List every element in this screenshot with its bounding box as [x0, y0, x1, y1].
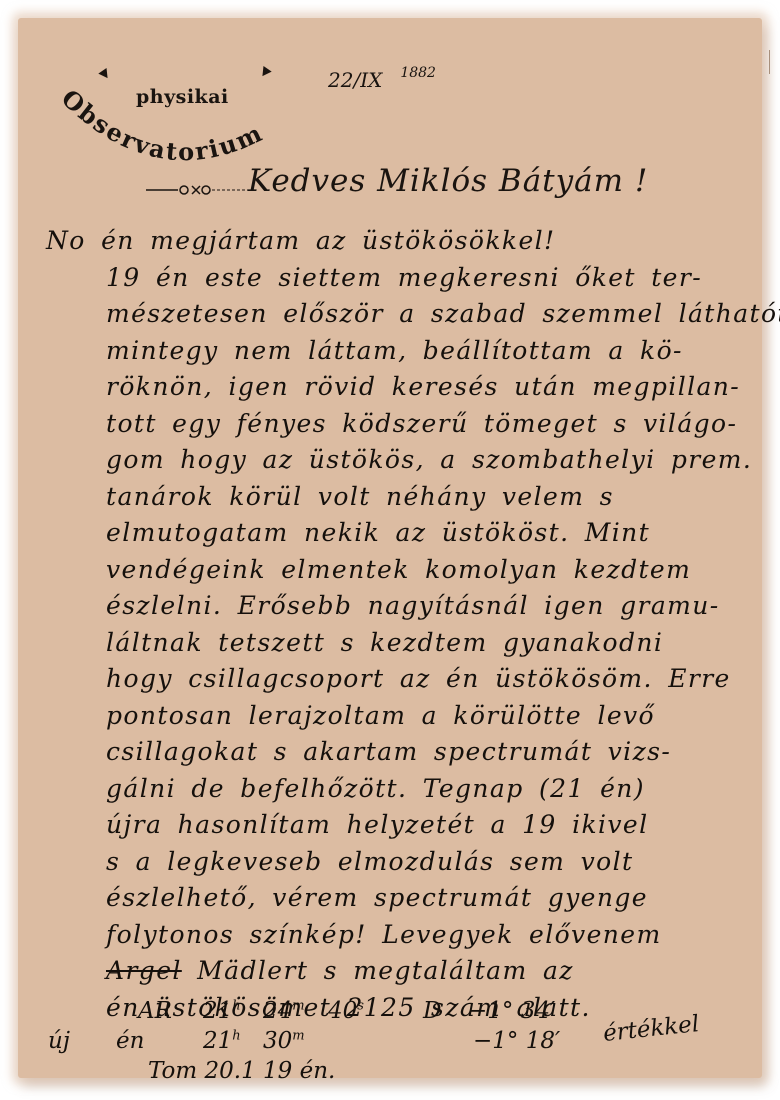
body-line: gom hogy az üstökös, a szombathelyi prem… [38, 442, 768, 479]
coord-line-last: Tom 20.1 19 én. [38, 1058, 768, 1088]
body-line: hogy csillagcsoport az én üstökösöm. Err… [38, 661, 768, 698]
ar-label: AR [138, 998, 172, 1024]
coord-line-new: új én 21h 30m −1° 18′ értékkel [38, 1028, 768, 1058]
body-line: vendégeink elmentek komolyan kezdtem [38, 552, 768, 589]
coordinates-block: AR 21h 24m 40s D −1° 34′ új én 21h 30m −… [38, 998, 768, 1088]
body-line: s a legkeveseb elmozdulás sem volt [38, 844, 768, 881]
body-line: láltnak tetszett s kezdtem gyanakodni [38, 625, 768, 662]
body-line: észlelni. Erősebb nagyításnál igen gramu… [38, 588, 768, 625]
body-line: folytonos színkép! Levegyek elővenem [38, 917, 768, 954]
struck-word: Argel [106, 956, 182, 985]
new-sub: én [116, 1028, 144, 1054]
body-line: elmutogatam nekik az üstököst. Mint [38, 515, 768, 552]
body-line: röknön, igen rövid keresés után megpilla… [38, 369, 768, 406]
body-line-with-strike: Argel Mädlert s megtaláltam az [38, 953, 768, 990]
body-line: No én megjártam az üstökösökkel! [38, 223, 768, 260]
ar-hours: 21h [203, 998, 241, 1024]
date-year: 1882 [400, 65, 436, 81]
new-ar-minutes: 30m [263, 1028, 305, 1054]
body-line: csillagokat s akartam spectrumát vizs- [38, 734, 768, 771]
decl-value: −1° 34′ [468, 998, 555, 1024]
new-label: új [48, 1028, 70, 1054]
body-line: pontosan lerajzoltam a körülötte levő [38, 698, 768, 735]
body-line: tott egy fényes ködszerű tömeget s világ… [38, 406, 768, 443]
letter-body: No én megjártam az üstökösökkel! 19 én e… [38, 223, 768, 1026]
new-decl: −1° 18′ [473, 1028, 560, 1054]
ar-seconds: 40s [328, 998, 364, 1024]
body-line: újra hasonlítam helyzetét a 19 ikivel [38, 807, 768, 844]
body-line: 19 én este siettem megkeresni őket ter- [38, 260, 768, 297]
ar-minutes: 24m [263, 998, 305, 1024]
letter-date: 22/IX1882 [328, 68, 436, 92]
last-line: Tom 20.1 19 én. [148, 1058, 335, 1084]
body-line: gálni de befelhőzött. Tegnap (21 én) [38, 771, 768, 808]
page: physikai Observatorium 22/IX1882 Kedves … [0, 0, 780, 1100]
body-line-rest: Mädlert s megtaláltam az [197, 956, 574, 985]
margin-mark [769, 50, 770, 74]
letter-paper: physikai Observatorium 22/IX1882 Kedves … [18, 18, 762, 1078]
date-day-month: 22/IX [328, 68, 382, 92]
body-line: mintegy nem láttam, beállítottam a kö- [38, 333, 768, 370]
new-ar-hours: 21h [203, 1028, 241, 1054]
body-line: észlelhető, vérem spectrumát gyenge [38, 880, 768, 917]
body-line: mészetesen először a szabad szemmel láth… [38, 296, 768, 333]
letterhead-line2: Observatorium [56, 83, 268, 166]
decl-label: D [423, 998, 441, 1024]
salutation: Kedves Miklós Bátyám ! [248, 163, 648, 199]
ornament-divider-icon [146, 183, 256, 197]
body-line: tanárok körül volt néhány velem s [38, 479, 768, 516]
